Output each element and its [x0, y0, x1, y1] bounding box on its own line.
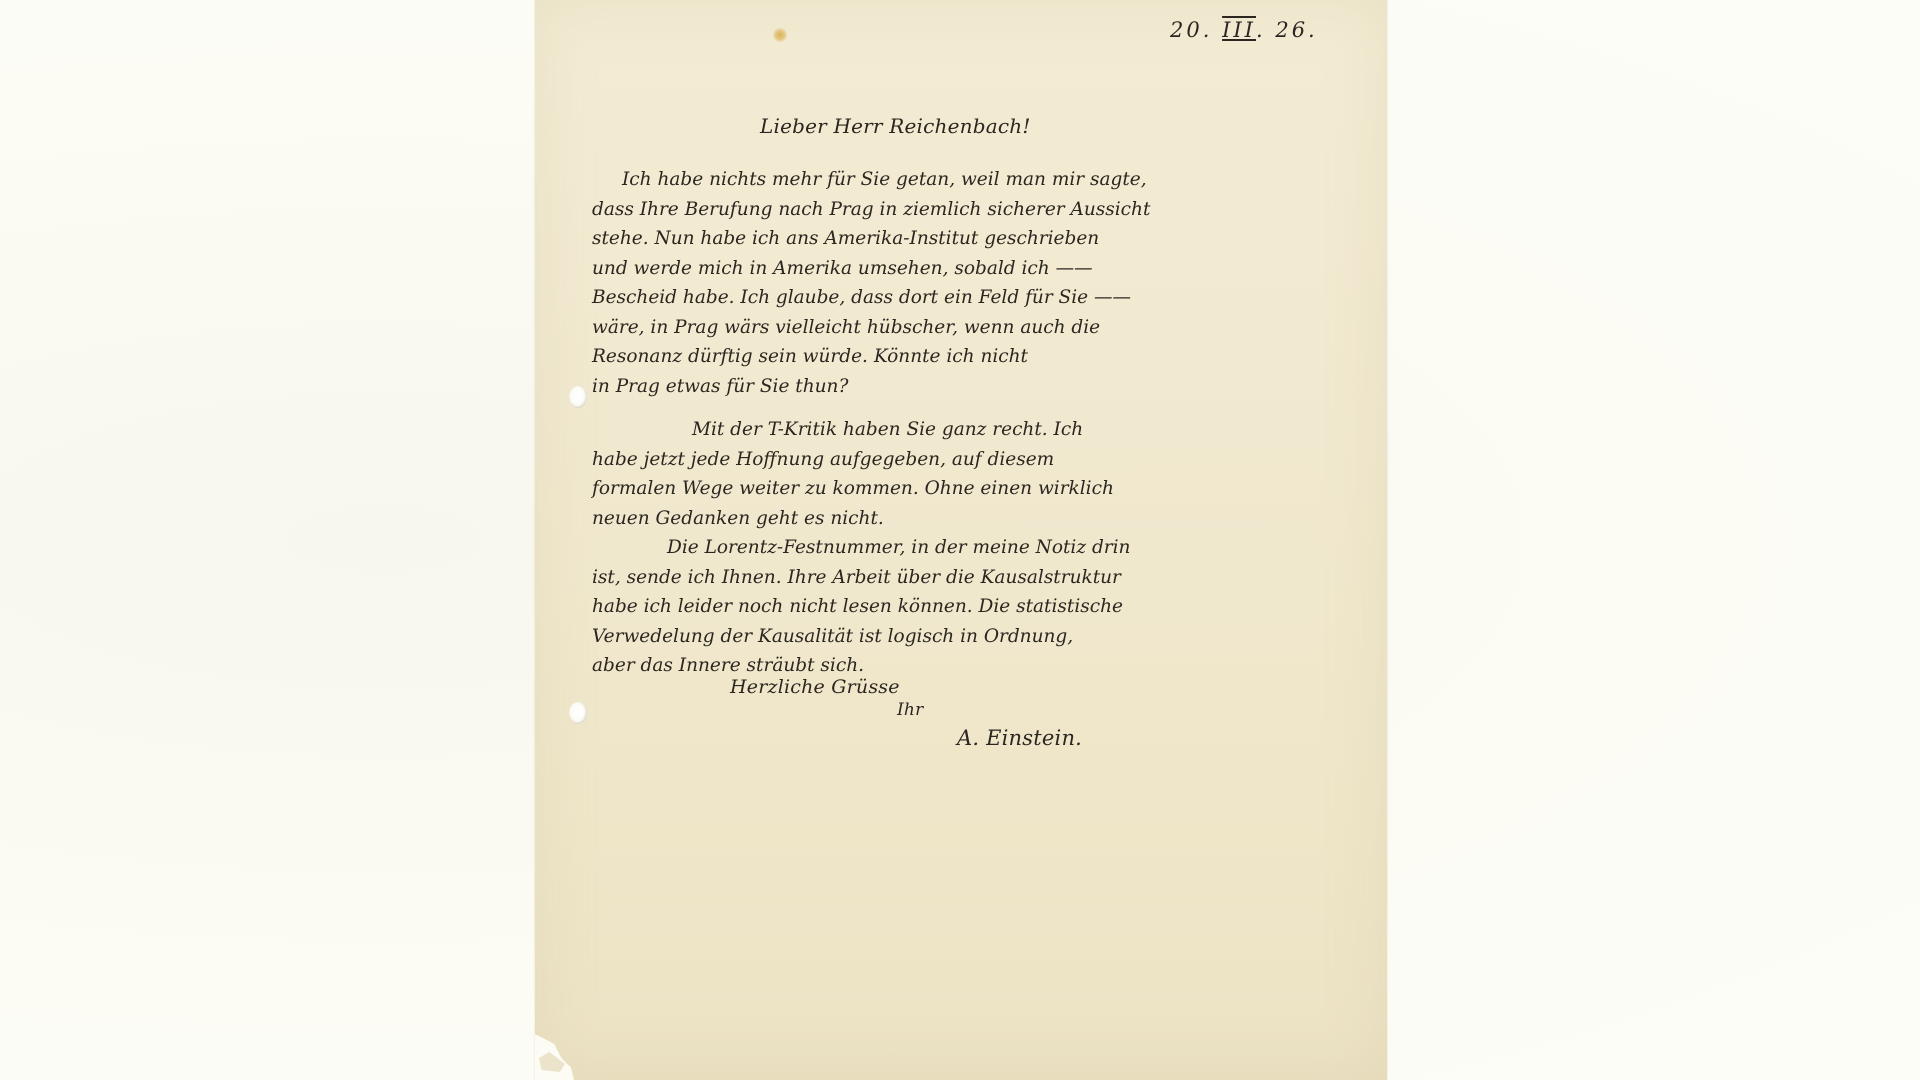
body-line: habe jetzt jede Hoffnung aufgegeben, auf… — [592, 445, 1352, 475]
body-line: in Prag etwas für Sie thun? — [592, 372, 1352, 402]
body-line: wäre, in Prag wärs vielleicht hübscher, … — [592, 313, 1352, 343]
closing: Herzliche Grüsse — [730, 676, 900, 698]
paragraph-2: Mit der T-Kritik haben Sie ganz recht. I… — [592, 415, 1352, 533]
body-line: und werde mich in Amerika umsehen, sobal… — [592, 254, 1352, 284]
paragraph-1: Ich habe nichts mehr für Sie getan, weil… — [592, 165, 1352, 401]
salutation: Lieber Herr Reichenbach! — [760, 114, 1031, 138]
foxing-stain — [773, 28, 787, 42]
letter-body: Ich habe nichts mehr für Sie getan, weil… — [592, 165, 1352, 681]
body-line: dass Ihre Berufung nach Prag in ziemlich… — [592, 195, 1352, 225]
body-line: aber das Innere sträubt sich. — [592, 651, 1352, 681]
body-line: Verwedelung der Kausalität ist logisch i… — [592, 622, 1352, 652]
closing-pronoun: Ihr — [897, 700, 923, 720]
date-month: III — [1222, 18, 1256, 42]
letter-page: 20. III. 26. Lieber Herr Reichenbach! Ic… — [535, 0, 1387, 1080]
body-line: ist, sende ich Ihnen. Ihre Arbeit über d… — [592, 563, 1352, 593]
body-line: habe ich leider noch nicht lesen können.… — [592, 592, 1352, 622]
body-line: Mit der T-Kritik haben Sie ganz recht. I… — [592, 415, 1352, 445]
image-viewer: 20. III. 26. Lieber Herr Reichenbach! Ic… — [0, 0, 1920, 1080]
body-line: Resonanz dürftig sein würde. Könnte ich … — [592, 342, 1352, 372]
punch-hole-bottom — [569, 702, 587, 724]
letter-date: 20. III. 26. — [1170, 18, 1318, 42]
signature: A. Einstein. — [957, 726, 1082, 750]
body-line: formalen Wege weiter zu kommen. Ohne ein… — [592, 474, 1352, 504]
body-line: stehe. Nun habe ich ans Amerika-Institut… — [592, 224, 1352, 254]
punch-hole-top — [569, 386, 587, 408]
paragraph-3: Die Lorentz-Festnummer, in der meine Not… — [592, 533, 1352, 681]
date-year: . 26. — [1256, 18, 1318, 42]
body-line: neuen Gedanken geht es nicht. — [592, 504, 1352, 534]
body-line: Die Lorentz-Festnummer, in der meine Not… — [592, 533, 1352, 563]
date-day: 20. — [1170, 18, 1212, 42]
body-line: Ich habe nichts mehr für Sie getan, weil… — [592, 165, 1352, 195]
body-line: Bescheid habe. Ich glaube, dass dort ein… — [592, 283, 1352, 313]
